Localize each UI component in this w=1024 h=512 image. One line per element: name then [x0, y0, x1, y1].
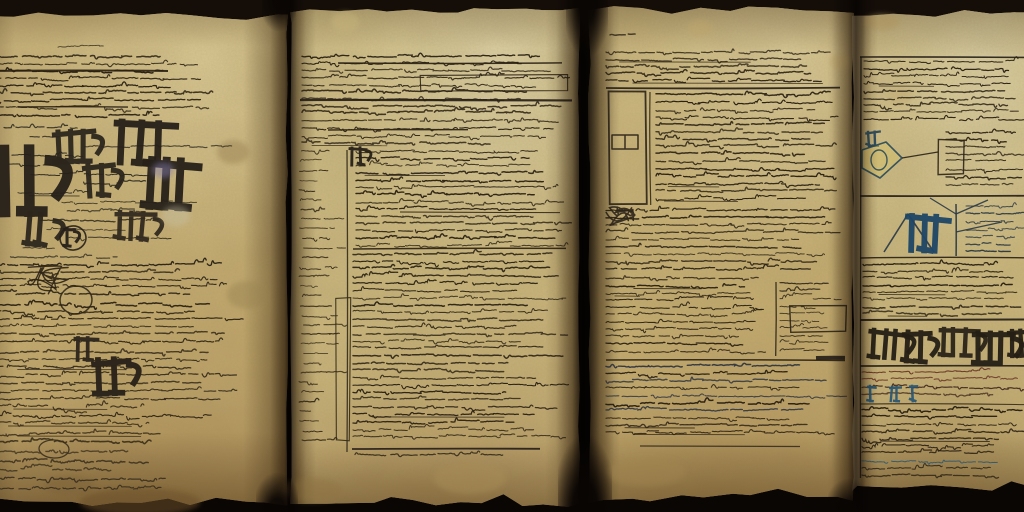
page-3 [588, 6, 854, 503]
page-shade [852, 10, 1024, 492]
paper-grain [588, 6, 854, 503]
manuscript-scene [0, 0, 1024, 512]
page-1 [0, 12, 288, 506]
page-shade [0, 12, 288, 506]
paper-grain [0, 12, 288, 506]
page-2 [290, 8, 580, 507]
paper-grain [852, 10, 1024, 492]
page-4 [852, 10, 1024, 492]
paper-grain [290, 8, 580, 507]
page-shade [588, 6, 854, 503]
page-shade [290, 8, 580, 507]
